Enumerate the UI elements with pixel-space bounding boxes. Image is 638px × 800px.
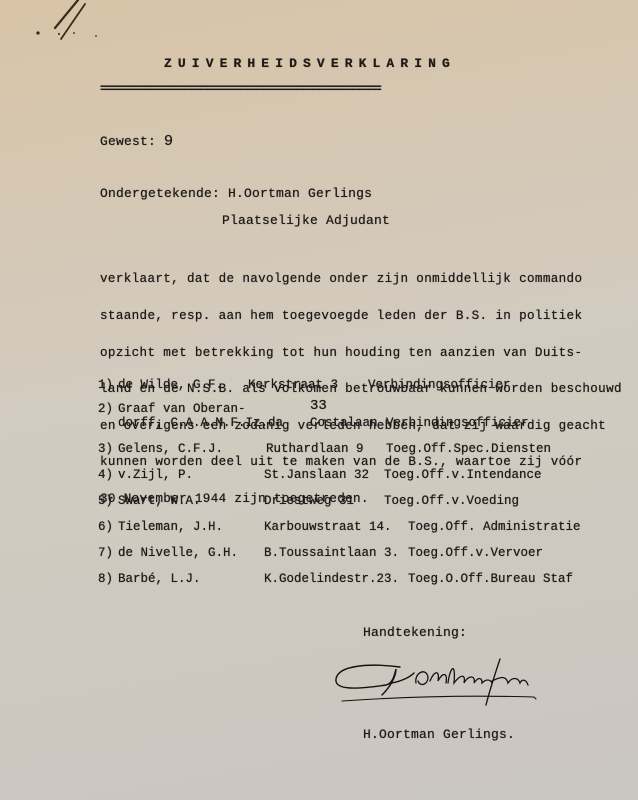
- body-line: verklaart, dat de navolgende onder zijn …: [100, 273, 622, 285]
- member-row: 7) de Nivelle, G.H. B.Toussaintlaan 3. T…: [98, 546, 578, 562]
- signed-name: H.Oortman Gerlings.: [363, 727, 515, 742]
- undersigned-label: Ondergetekende:: [100, 186, 220, 201]
- member-name: de Nivelle, G.H.: [118, 546, 238, 561]
- member-address: Costalaan: [310, 416, 378, 431]
- member-address: Ruthardlaan 9: [266, 442, 364, 457]
- member-row: 8) Barbé, L.J. K.Godelindestr.23. Toeg.O…: [98, 572, 578, 588]
- document-page: ZUIVERHEIDSVERKLARING ==================…: [0, 0, 638, 800]
- member-function: Verbindingsofficier: [368, 378, 511, 393]
- member-address: B.Toussaintlaan 3.: [264, 546, 399, 561]
- member-number: 4): [98, 468, 113, 483]
- member-name: Gelens, C.F.J.: [118, 442, 223, 457]
- member-function: Toeg.O.Off.Bureau Staf: [408, 572, 573, 587]
- member-address: K.Godelindestr.23.: [264, 572, 399, 587]
- member-address-number: 33: [310, 399, 327, 414]
- member-name: Swart, W.A.: [118, 494, 201, 509]
- member-number: 1): [98, 378, 113, 393]
- document-title: ZUIVERHEIDSVERKLARING: [164, 56, 456, 71]
- member-row: 1) de Wilde, G.F. Kerkstraat 3 Verbindin…: [98, 378, 578, 394]
- undersigned-field: Ondergetekende: H.Oortman Gerlings: [100, 186, 372, 201]
- member-address: St.Janslaan 32: [264, 468, 369, 483]
- member-function: Toeg.Off.v.Intendance: [384, 468, 542, 483]
- member-name: Barbé, L.J.: [118, 572, 201, 587]
- member-function: Toeg.Off.v.Voeding: [384, 494, 519, 509]
- gewest-label: Gewest:: [100, 134, 156, 149]
- body-line: staande, resp. aan hem toegevoegde leden…: [100, 310, 622, 322]
- handwritten-signature: H Oortman Gerlings: [330, 655, 550, 707]
- gewest-value: 9: [164, 133, 173, 150]
- member-number: 5): [98, 494, 113, 509]
- member-function: Toeg.Off.Spec.Diensten: [386, 442, 551, 457]
- member-number: 7): [98, 546, 113, 561]
- member-number: 3): [98, 442, 113, 457]
- member-name: v.Zijl, P.: [118, 468, 193, 483]
- member-row: 6) Tieleman, J.H. Karbouwstraat 14. Toeg…: [98, 520, 578, 536]
- body-line: kunnen worden deel uit te maken van de B…: [100, 456, 622, 468]
- member-function: Verbindingsofficier: [386, 416, 529, 431]
- title-underline: ========================================…: [100, 83, 380, 95]
- member-function: Toeg.Off.v.Vervoer: [408, 546, 543, 561]
- gewest-field: Gewest:9: [100, 134, 173, 149]
- undersigned-name: H.Oortman Gerlings: [228, 186, 372, 201]
- member-function: Toeg.Off. Administratie: [408, 520, 581, 535]
- member-address: Kerkstraat 3: [248, 378, 338, 393]
- signature-label: Handtekening:: [363, 625, 467, 640]
- body-line: opzicht met betrekking tot hun houding t…: [100, 347, 622, 359]
- member-address: Karbouwstraat 14.: [264, 520, 392, 535]
- member-row: 5) Swart, W.A. Driestweg 31 Toeg.Off.v.V…: [98, 494, 578, 510]
- member-address: Driestweg 31: [264, 494, 354, 509]
- member-name: Tieleman, J.H.: [118, 520, 223, 535]
- member-name: de Wilde, G.F.: [118, 378, 223, 393]
- member-name-continued: dorff, C.A.A.M.F.Iz.da: [118, 416, 283, 431]
- member-row: 3) Gelens, C.F.J. Ruthardlaan 9 Toeg.Off…: [98, 442, 578, 458]
- member-number: 6): [98, 520, 113, 535]
- member-row-continued: dorff, C.A.A.M.F.Iz.da Costalaan Verbind…: [98, 416, 578, 432]
- member-number: 2): [98, 402, 113, 417]
- pen-marks-decoration: [0, 0, 120, 50]
- member-name: Graaf van Oberan-: [118, 402, 246, 417]
- member-row: 4) v.Zijl, P. St.Janslaan 32 Toeg.Off.v.…: [98, 468, 578, 484]
- member-number: 8): [98, 572, 113, 587]
- undersigned-role: Plaatselijke Adjudant: [222, 213, 390, 228]
